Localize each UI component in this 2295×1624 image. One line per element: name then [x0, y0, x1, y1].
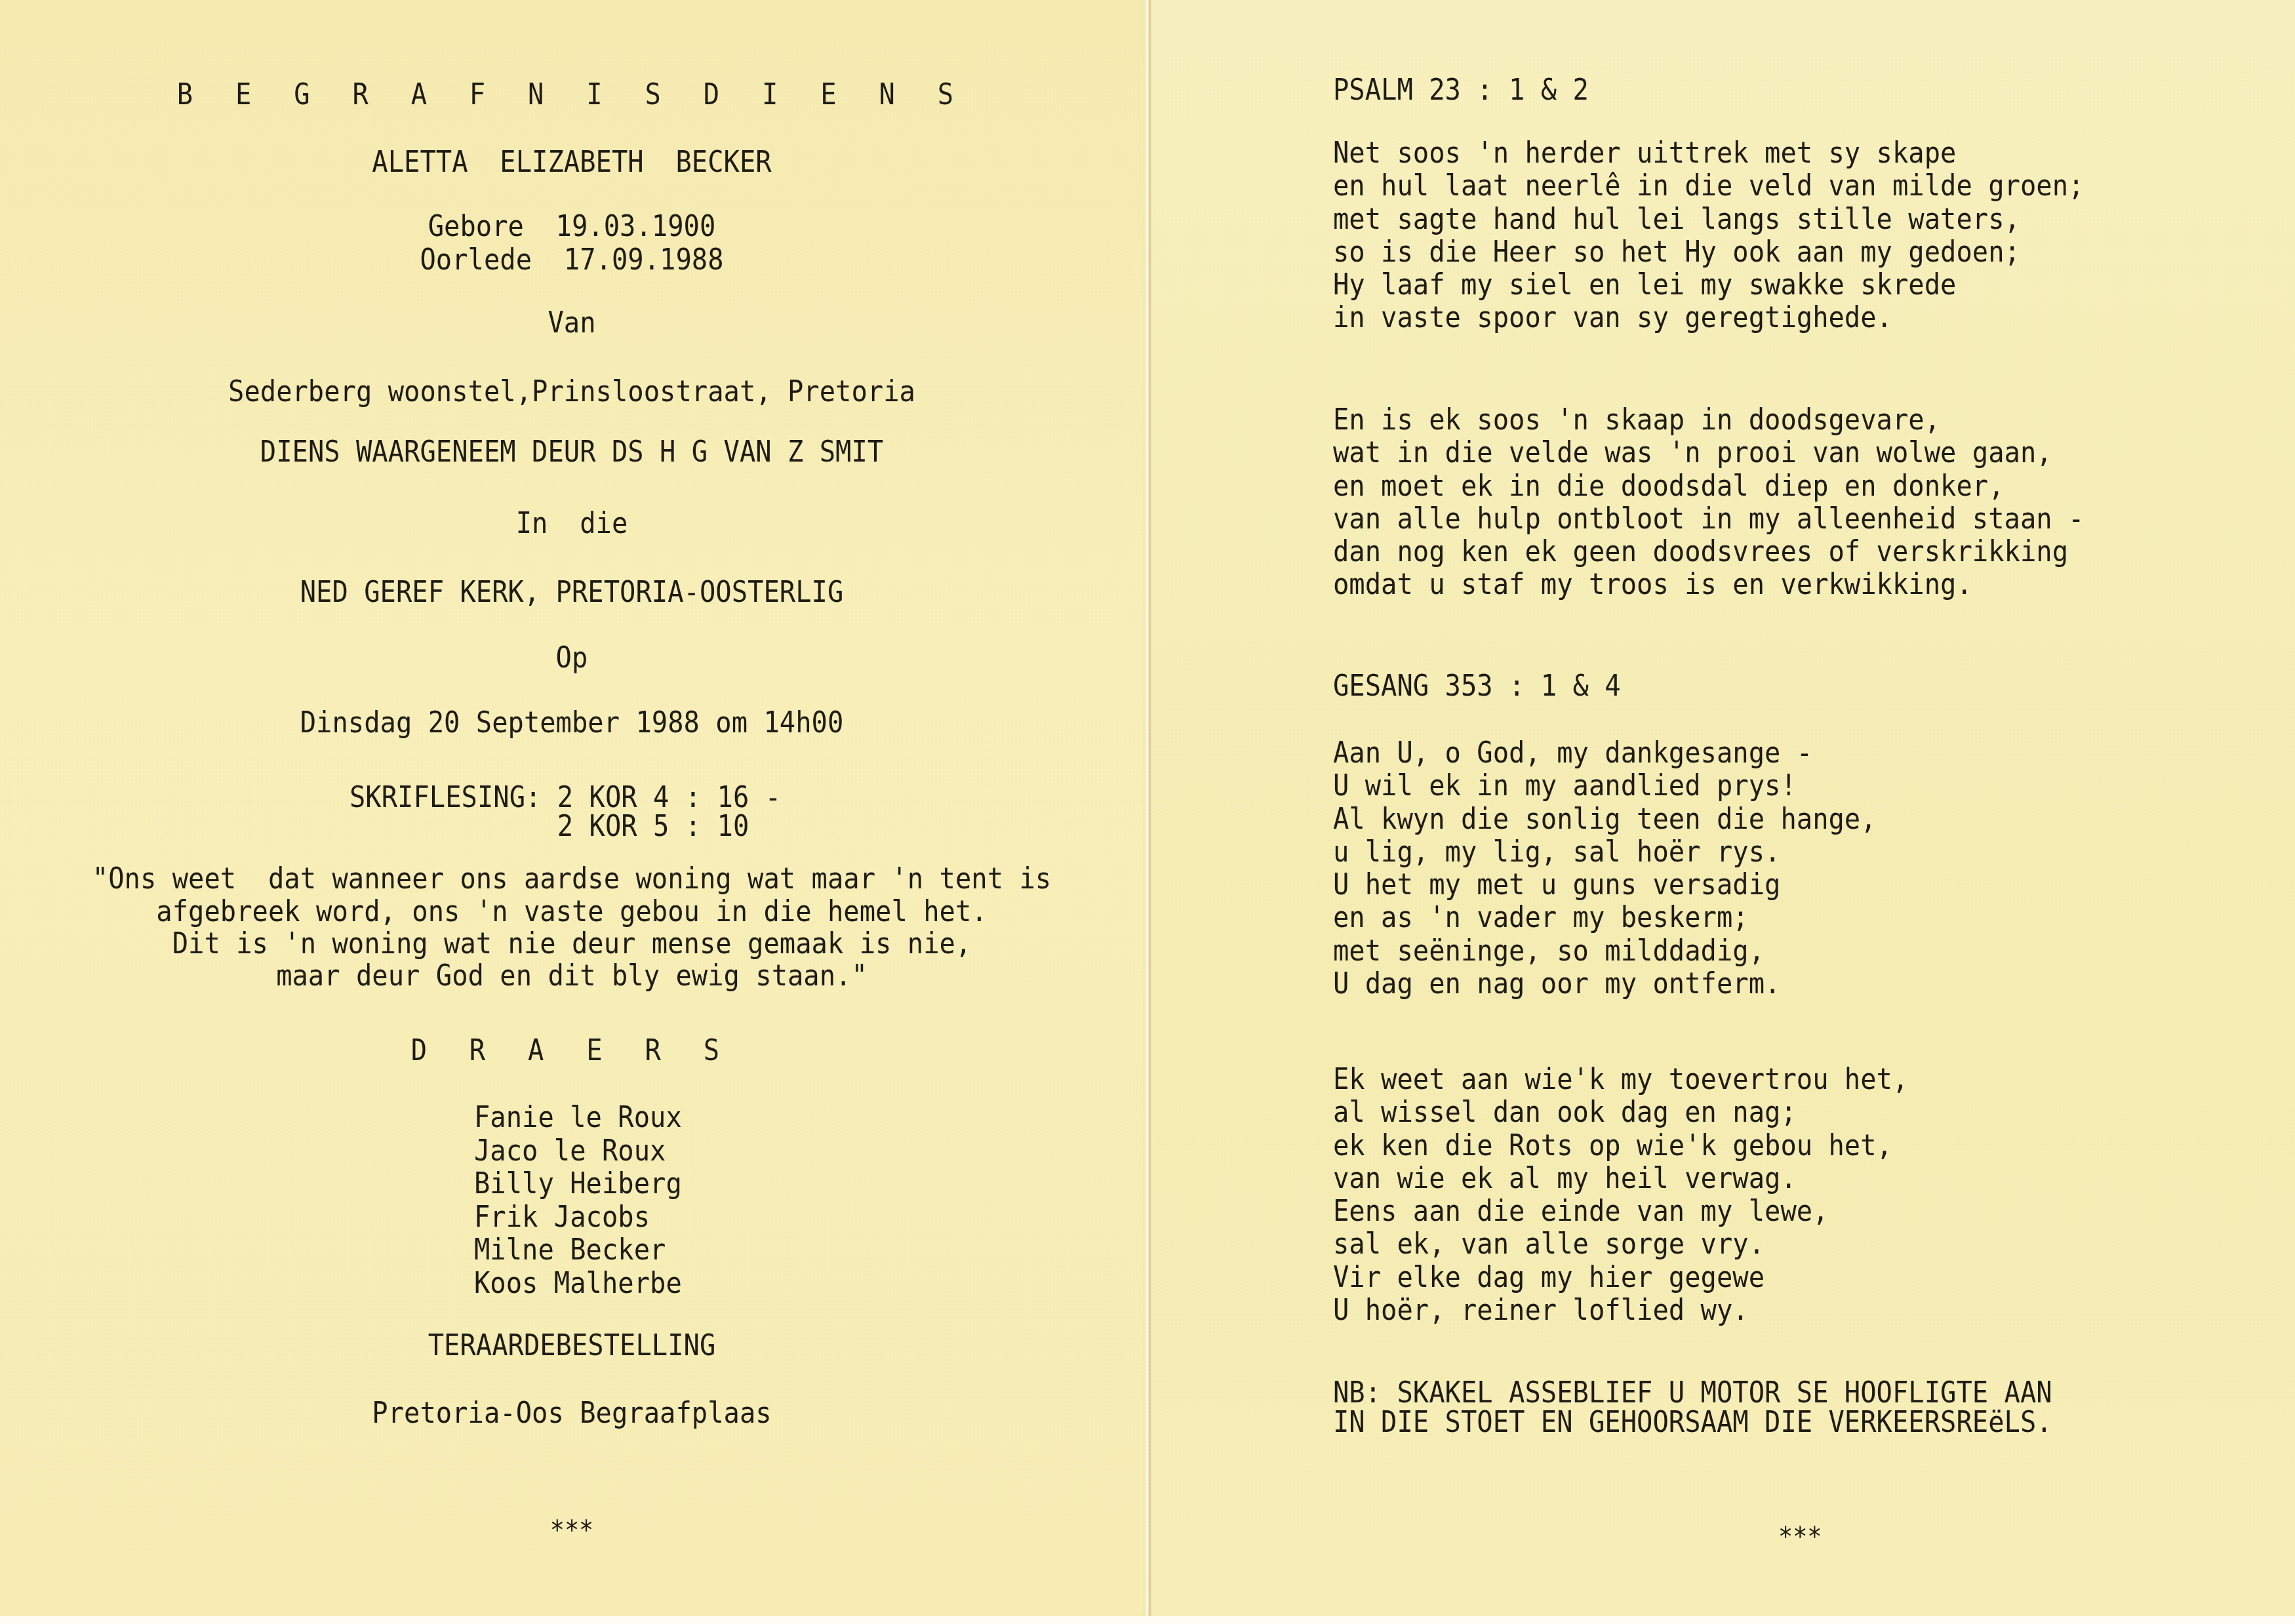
verse-line: Net soos 'n herder uittrek met sy skape: [1333, 137, 2084, 170]
hymn-stanza-2: Ek weet aan wie'k my toevertrou het, al …: [1333, 1063, 1959, 1327]
pallbearers-list: Fanie le Roux Jaco le Roux Billy Heiberg…: [474, 1101, 700, 1300]
hymn-heading: GESANG 353 : 1 & 4: [1333, 670, 1646, 703]
verse-line: Al kwyn die sonlig teen die hange,: [1333, 803, 1877, 836]
verse-line: U het my met u guns versadig: [1333, 869, 1877, 901]
verse-line: so is die Heer so het Hy ook aan my gedo…: [1333, 236, 2084, 269]
ornament-stars: ***: [46, 1515, 1098, 1547]
hymn-stanza-1: Aan U, o God, my dankgesange - U wil ek …: [1333, 737, 1924, 1000]
notice-line: NB: SKAKEL ASSEBLIEF U MOTOR SE HOOFLIGT…: [1333, 1378, 2052, 1408]
pallbearer: Milne Becker: [474, 1234, 682, 1267]
psalm-stanza-1: Net soos 'n herder uittrek met sy skape …: [1333, 137, 2149, 335]
from-label: Van: [46, 307, 1098, 340]
psalm-heading-text: PSALM 23 : 1 & 2: [1333, 74, 1589, 107]
service-datetime: Dinsdag 20 September 1988 om 14h00: [46, 707, 1098, 740]
scripture-reading: SKRIFLESING: 2 KOR 4 : 16 - 2 KOR 5 : 10: [349, 783, 818, 841]
service-title: B E G R A F N I S D I E N S: [46, 79, 1098, 111]
verse-line: en moet ek in die doodsdal diep en donke…: [1333, 470, 2084, 503]
verse-line: Vir elke dag my hier gegewe: [1333, 1261, 1908, 1294]
burial-heading: TERAARDEBESTELLING: [46, 1330, 1098, 1362]
verse-line: met sagte hand hul lei langs stille wate…: [1333, 203, 2084, 236]
verse-line: En is ek soos 'n skaap in doodsgevare,: [1333, 404, 2084, 437]
verse-line: omdat u staf my troos is en verkwikking.: [1333, 568, 2084, 601]
in-label: In die: [46, 507, 1098, 540]
quote-line: "Ons weet dat wanneer ons aardse woning …: [46, 863, 1098, 896]
scripture-line-2: 2 KOR 5 : 10: [349, 812, 781, 841]
verse-line: en hul laat neerlê in die veld van milde…: [1333, 170, 2084, 203]
verse-line: Aan U, o God, my dankgesange -: [1333, 737, 1877, 770]
quote-line: maar deur God en dit bly ewig staan.": [46, 960, 1098, 993]
deceased-name: ALETTA ELIZABETH BECKER: [46, 146, 1098, 179]
notice-line: IN DIE STOET EN GEHOORSAAM DIE VERKEERSR…: [1333, 1408, 2052, 1437]
verse-line: U dag en nag oor my ontferm.: [1333, 968, 1877, 1000]
pallbearer: Koos Malherbe: [474, 1267, 682, 1301]
verse-line: Hy laaf my siel en lei my swakke skrede: [1333, 269, 2084, 302]
page-fold: [1144, 0, 1151, 1616]
on-label: Op: [46, 642, 1098, 675]
pallbearers-heading: D R A E R S: [46, 1035, 1098, 1067]
ornament-stars-right: ***: [1778, 1521, 1826, 1554]
verse-line: en as 'n vader my beskerm;: [1333, 901, 1877, 934]
scripture-line-1: SKRIFLESING: 2 KOR 4 : 16 -: [349, 783, 781, 812]
quote-line: afgebreek word, ons 'n vaste gebou in di…: [46, 896, 1098, 928]
pallbearer: Billy Heiberg: [474, 1168, 682, 1201]
residence: Sederberg woonstel,Prinsloostraat, Preto…: [46, 376, 1098, 408]
verse-line: ek ken die Rots op wie'k gebou het,: [1333, 1130, 1908, 1162]
verse-line: sal ek, van alle sorge vry.: [1333, 1228, 1908, 1261]
verse-line: van alle hulp ontbloot in my alleenheid …: [1333, 503, 2084, 536]
church-name: NED GEREF KERK, PRETORIA-OOSTERLIG: [46, 576, 1098, 609]
scan-edge: [0, 1616, 2295, 1624]
death-date: Oorlede 17.09.1988: [46, 244, 1098, 277]
pallbearer: Fanie le Roux: [474, 1101, 682, 1135]
pallbearer: Frik Jacobs: [474, 1201, 682, 1235]
verse-line: van wie ek al my heil verwag.: [1333, 1162, 1908, 1195]
left-page: B E G R A F N I S D I E N S ALETTA ELIZA…: [0, 0, 1144, 1616]
officiant: DIENS WAARGENEEM DEUR DS H G VAN Z SMIT: [46, 436, 1098, 469]
verse-line: met seëninge, so milddadig,: [1333, 935, 1877, 968]
burial-place: Pretoria-Oos Begraafplaas: [46, 1397, 1098, 1430]
psalm-stanza-2: En is ek soos 'n skaap in doodsgevare, w…: [1333, 404, 2149, 602]
verse-line: U wil ek in my aandlied prys!: [1333, 770, 1877, 802]
verse-line: U hoër, reiner loflied wy.: [1333, 1294, 1908, 1327]
quote-line: Dit is 'n woning wat nie deur mense gema…: [46, 928, 1098, 961]
psalm-heading: PSALM 23 : 1 & 2: [1333, 74, 1611, 107]
verse-line: dan nog ken ek geen doodsvrees of verskr…: [1333, 536, 2084, 568]
pallbearer: Jaco le Roux: [474, 1135, 682, 1168]
verse-line: Ek weet aan wie'k my toevertrou het,: [1333, 1063, 1908, 1096]
verse-line: Eens aan die einde van my lewe,: [1333, 1195, 1908, 1228]
birth-date: Gebore 19.03.1900: [46, 210, 1098, 243]
ornament-text: ***: [1778, 1521, 1822, 1554]
verse-line: u lig, my lig, sal hoër rys.: [1333, 836, 1877, 869]
traffic-notice: NB: SKAKEL ASSEBLIEF U MOTOR SE HOOFLIGT…: [1333, 1378, 2115, 1437]
verse-line: al wissel dan ook dag en nag;: [1333, 1096, 1908, 1129]
verse-line: in vaste spoor van sy geregtighede.: [1333, 302, 2084, 334]
hymn-heading-text: GESANG 353 : 1 & 4: [1333, 670, 1621, 703]
verse-line: wat in die velde was 'n prooi van wolwe …: [1333, 437, 2084, 469]
